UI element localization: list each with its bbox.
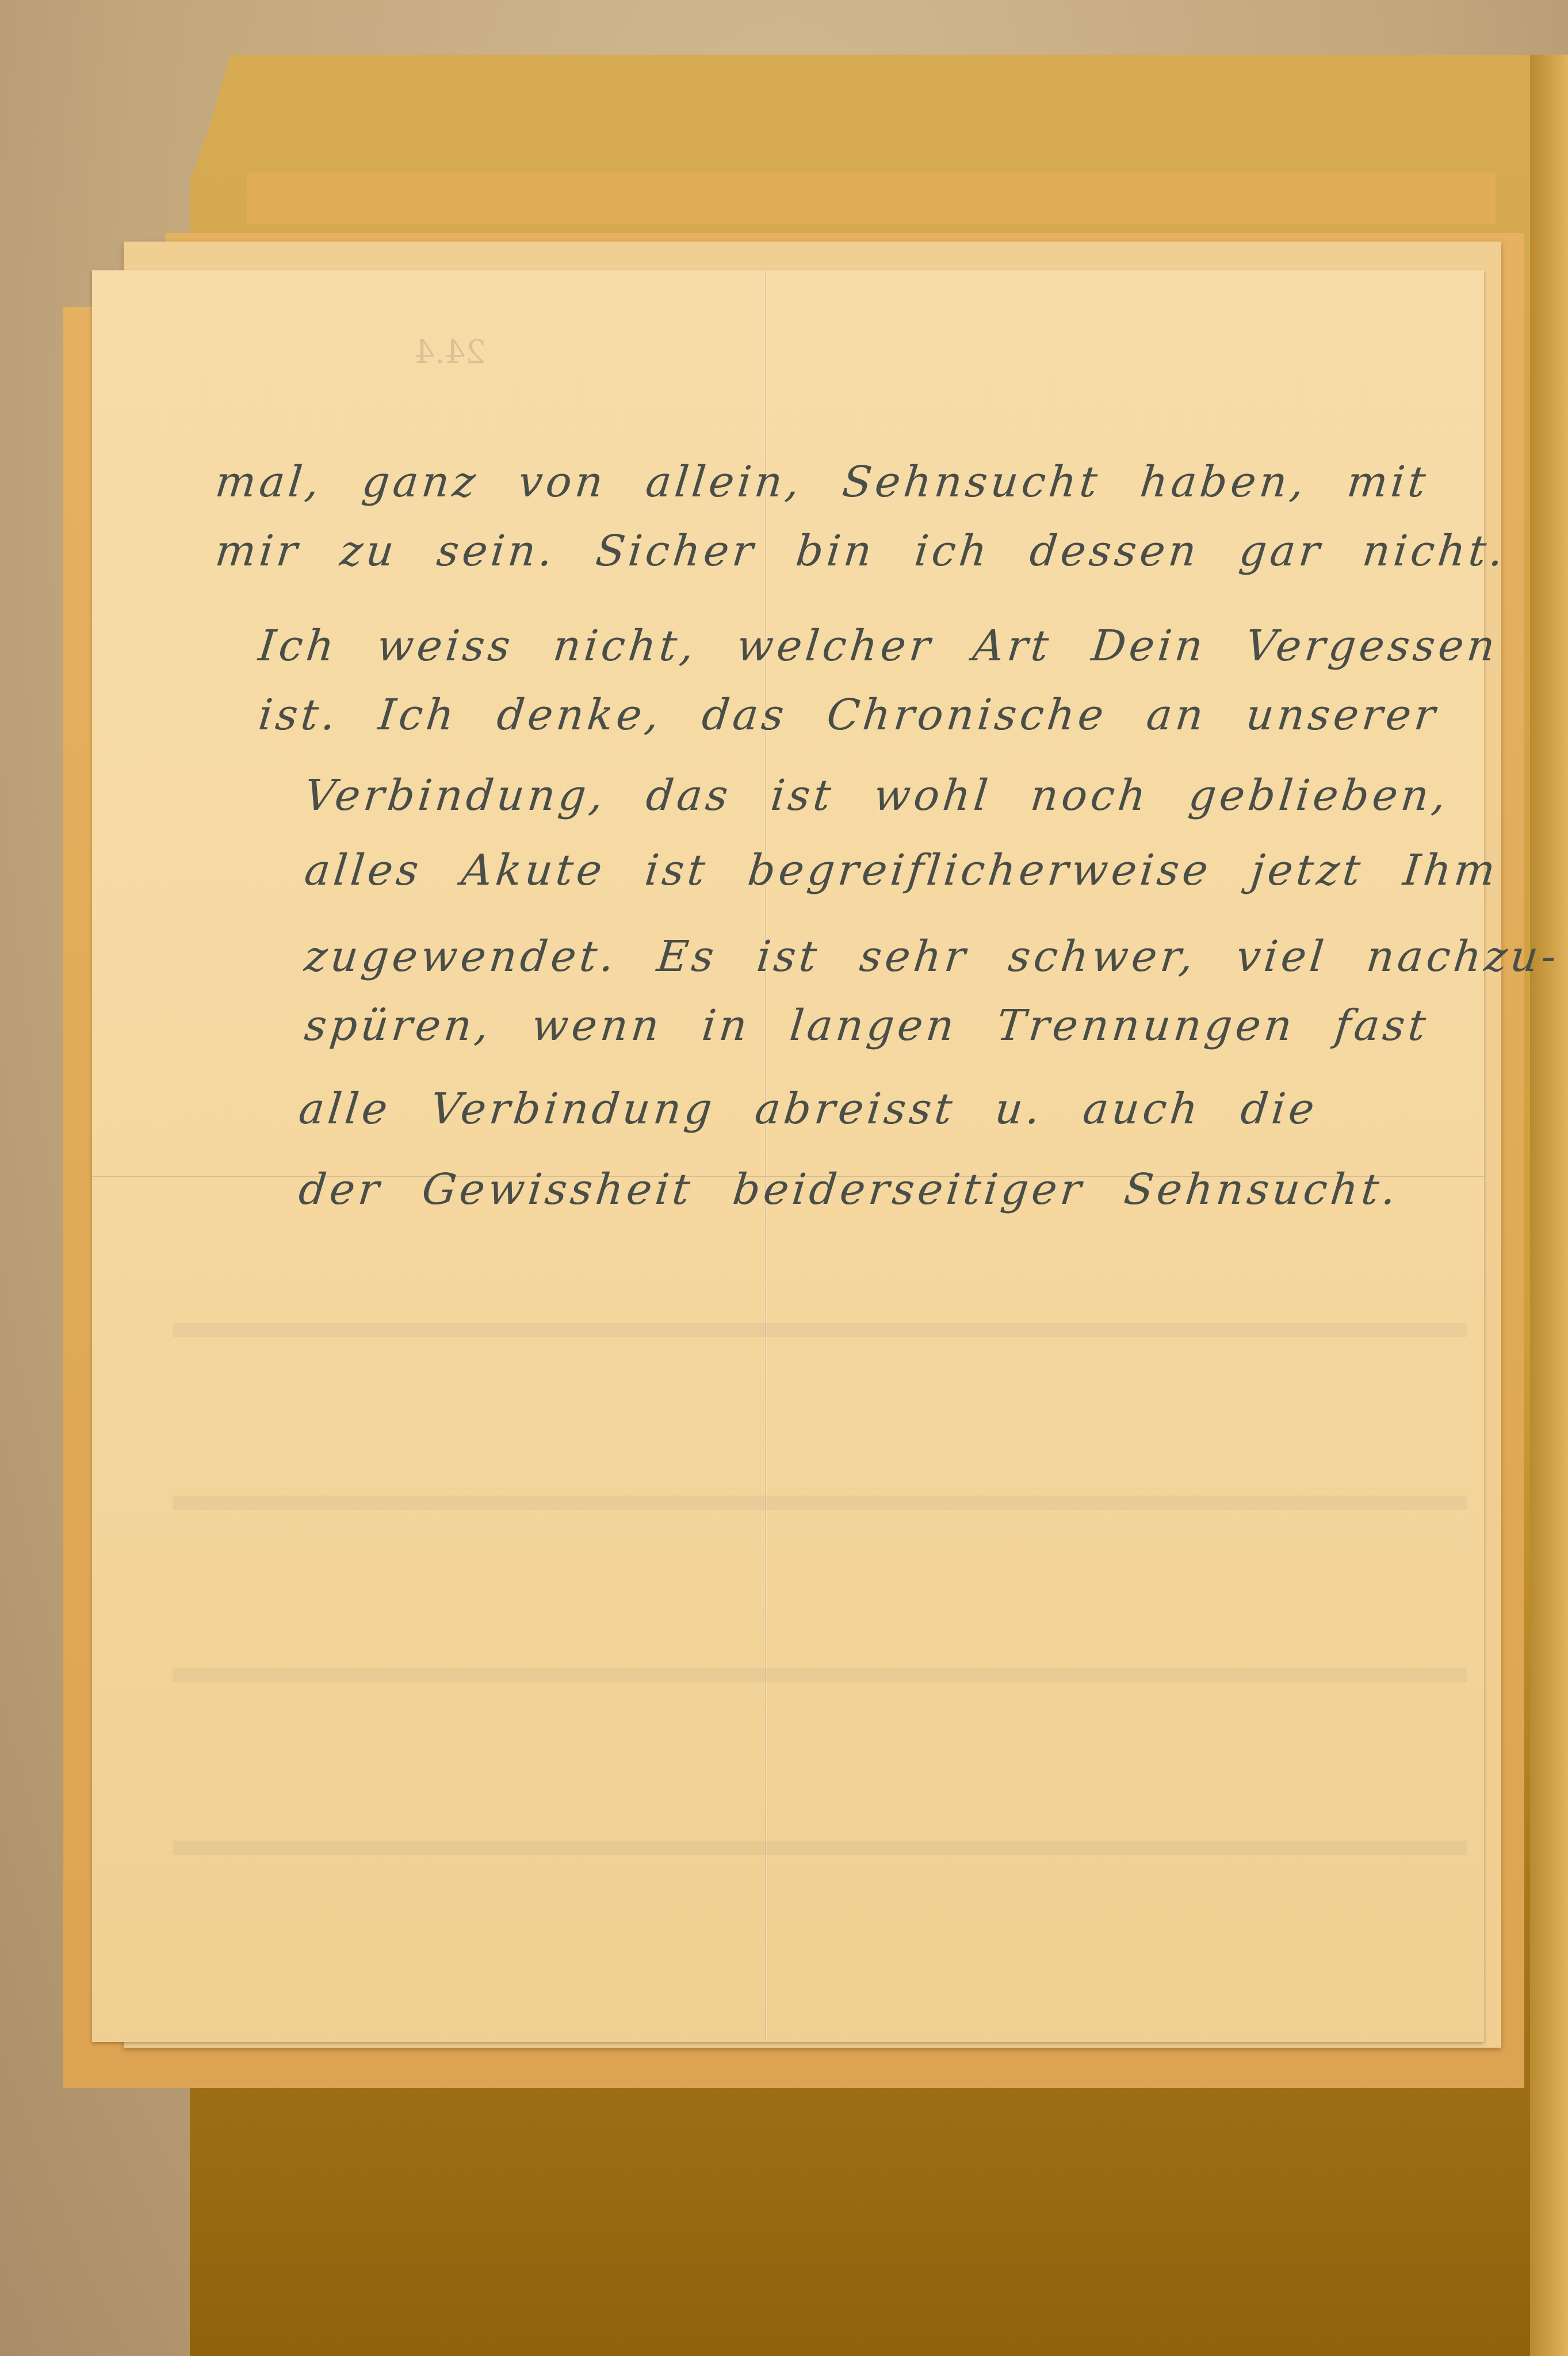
text-line-6: alles Akute ist begreiflicherweise jetzt… [302, 846, 1501, 895]
text-line-8: spüren, wenn in langen Trennungen fast [302, 1001, 1431, 1050]
text-line-5: Verbindung, das ist wohl noch geblieben, [302, 771, 1451, 820]
text-line-3: Ich weiss nicht, welcher Art Dein Verges… [256, 621, 1500, 671]
text-line-7: zugewendet. Es ist sehr schwer, viel nac… [302, 932, 1562, 981]
text-line-1: mal, ganz von allein, Sehnsucht haben, m… [213, 457, 1431, 507]
folder-inner-flap [247, 173, 1496, 224]
text-line-10: der Gewissheit beiderseitiger Sehnsucht. [296, 1165, 1401, 1214]
handwritten-text-block: mal, ganz von allein, Sehnsucht haben, m… [92, 270, 1484, 1248]
text-line-4: ist. Ich denke, das Chronische an unsere… [256, 690, 1441, 740]
text-line-9: alle Verbindung abreisst u. auch die [296, 1084, 1320, 1134]
show-through-writing [173, 1237, 1467, 1984]
text-line-2: mir zu sein. Sicher bin ich dessen gar n… [213, 526, 1509, 576]
folder-right-edge [1530, 55, 1568, 2356]
